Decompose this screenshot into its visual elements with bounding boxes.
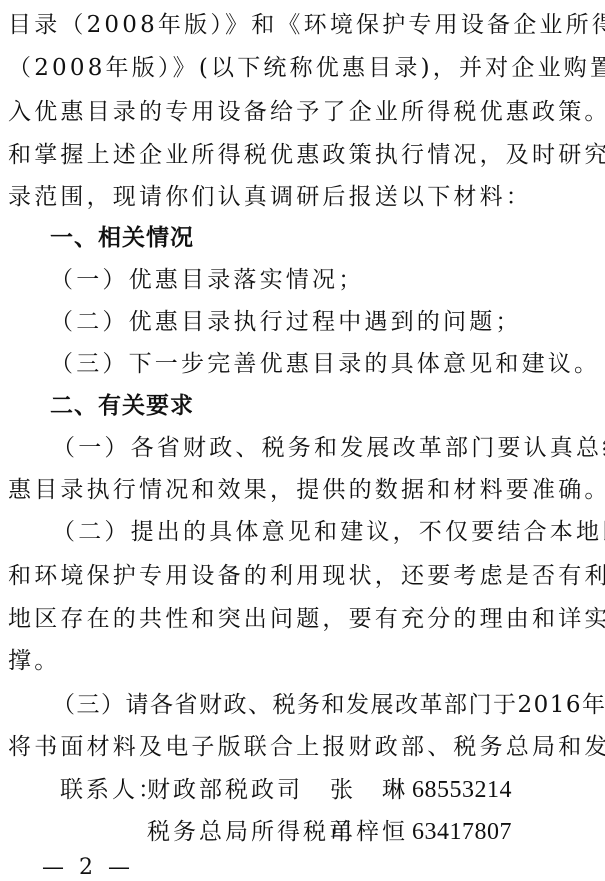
body-line: 和掌握上述企业所得税优惠政策执行情况，及时研究完善优惠目	[8, 140, 605, 170]
contact-dept: 财政部税政司	[147, 775, 303, 805]
contact-dept: 税务总局所得税司	[147, 817, 355, 847]
contact-name: 单梓恒	[330, 817, 408, 847]
paragraph-line: 地区存在的共性和突出问题，要有充分的理由和详实的数据做支	[8, 604, 605, 634]
list-item: （二）优惠目录执行过程中遇到的问题；	[50, 307, 522, 337]
body-line: 目录（2008年版）》和《环境保护专用设备企业所得税优惠目录	[8, 10, 605, 40]
body-line: （2008年版）》(以下统称优惠目录)，并对企业购置并实际使用列	[8, 53, 605, 83]
contact-phone: 63417807	[412, 817, 512, 847]
paragraph-line: 将书面材料及电子版联合上报财政部、税务总局和发展改革委。	[8, 732, 605, 762]
paragraph-line: （二）提出的具体意见和建议，不仅要结合本地区节能节水	[52, 517, 605, 547]
body-line: 入优惠目录的专用设备给予了企业所得税优惠政策。为全面了解	[8, 97, 605, 127]
contact-name: 张 琳	[330, 775, 408, 805]
paragraph-line: 和环境保护专用设备的利用现状，还要考虑是否有利于解决其他	[8, 561, 605, 591]
paragraph-line: 惠目录执行情况和效果，提供的数据和材料要准确。	[8, 475, 605, 505]
page-number: — 2 —	[42, 853, 134, 881]
body-line: 录范围，现请你们认真调研后报送以下材料：	[8, 182, 532, 212]
list-item: （一）优惠目录落实情况；	[50, 265, 364, 295]
section-heading-2: 二、有关要求	[50, 391, 194, 421]
list-item: （三）下一步完善优惠目录的具体意见和建议。	[50, 349, 600, 379]
paragraph-line: 撑。	[8, 646, 60, 676]
paragraph-line: （一）各省财政、税务和发展改革部门要认真总结近年来优	[52, 433, 605, 463]
contact-phone: 68553214	[412, 775, 512, 805]
section-heading-1: 一、相关情况	[50, 223, 194, 253]
paragraph-line: （三）请各省财政、税务和发展改革部门于2016年1月31日前，	[52, 690, 605, 720]
